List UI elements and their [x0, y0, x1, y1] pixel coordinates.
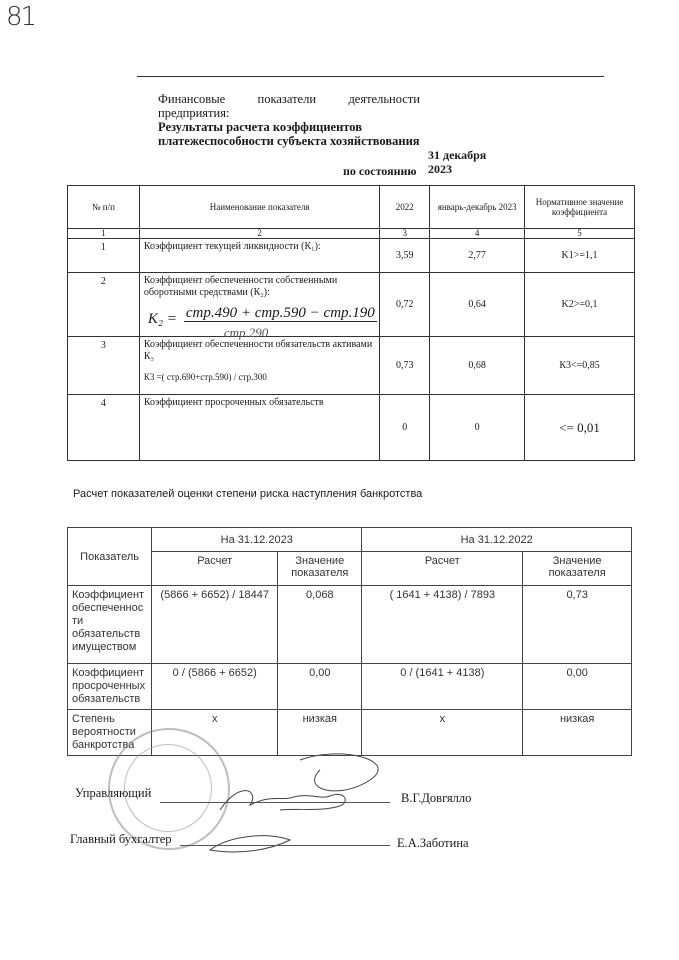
- indicator-name: Коэффициент текущей ликвидности (К₁):: [139, 239, 380, 273]
- col-header-value-2022: Значение показателя: [523, 552, 632, 586]
- col-header-indicator: Показатель: [68, 528, 152, 586]
- accountant-signature-line: [180, 845, 390, 846]
- norm-value: K2>=0,1: [525, 273, 635, 337]
- indicator-name: Коэффициент просроченных обязательств: [139, 395, 380, 461]
- row-number: 4: [68, 395, 140, 461]
- col-index: 5: [525, 229, 635, 239]
- indicator-cell: Коэффициент обеспеченности обязательств …: [139, 337, 380, 395]
- table-row: 3 Коэффициент обеспеченности обязательст…: [68, 337, 635, 395]
- column-index-row: 1 2 3 4 5: [68, 229, 635, 239]
- col-header-norm: Нормативное значение коэффициента: [525, 186, 635, 229]
- as-of-year: 2023: [428, 162, 486, 176]
- k2-formula: K₂ = стр.490 + стр.590 − стр.190 стр.290: [144, 309, 376, 331]
- header-line-1: Финансовые показатели деятельности: [158, 92, 420, 106]
- col-header-period-2022: На 31.12.2022: [362, 528, 632, 552]
- header-line-2: предприятия:: [158, 106, 420, 120]
- value-2022: 0,72: [380, 273, 430, 337]
- accountant-name: Е.А.Заботина: [397, 836, 469, 851]
- as-of-date: 31 декабря 2023: [428, 148, 486, 176]
- manager-signature-line: [160, 802, 390, 803]
- solvency-ratios-table: № п/п Наименование показателя 2022 январ…: [67, 185, 635, 461]
- section-title: Расчет показателей оценки степени риска …: [73, 488, 422, 500]
- value-2023: 0,64: [430, 273, 525, 337]
- as-of-label: по состоянию: [343, 164, 417, 179]
- header-word: Финансовые: [158, 92, 225, 106]
- col-index: 3: [380, 229, 430, 239]
- row-number: 1: [68, 239, 140, 273]
- table-row: 2 Коэффициент обеспеченности собственным…: [68, 273, 635, 337]
- value-2022: 0: [380, 395, 430, 461]
- norm-value: <= 0,01: [525, 395, 635, 461]
- indicator-label: Коэффициент просроченных обязательств: [68, 664, 152, 710]
- col-header-number: № п/п: [68, 186, 140, 229]
- col-header-name: Наименование показателя: [139, 186, 380, 229]
- header-word: деятельности: [348, 92, 420, 106]
- accountant-title: Главный бухгалтер: [70, 832, 172, 847]
- indicator-name: Коэффициент обеспеченности обязательств …: [144, 339, 376, 363]
- value-2023: 0: [430, 395, 525, 461]
- col-header-calc-2023: Расчет: [152, 552, 278, 586]
- formula-lhs: K₂ =: [148, 313, 177, 325]
- col-header-2023: январь-декабрь 2023: [430, 186, 525, 229]
- document-header: Финансовые показатели деятельности предп…: [158, 92, 420, 148]
- calc-2023: 0 / (5866 + 6652): [152, 664, 278, 710]
- norm-value: K1>=1,1: [525, 239, 635, 273]
- indicator-name: Коэффициент обеспеченности собственными …: [144, 275, 376, 299]
- signature-scribble: [180, 740, 420, 860]
- value-2022: 0,73: [380, 337, 430, 395]
- col-header-value-2023: Значение показателя: [278, 552, 362, 586]
- as-of-day-month: 31 декабря: [428, 148, 486, 162]
- value-2023: 2,77: [430, 239, 525, 273]
- calc-2022: 0 / (1641 + 4138): [362, 664, 523, 710]
- value-2022: 0,73: [523, 586, 632, 664]
- value-2022: 0,00: [523, 664, 632, 710]
- table-header-row: № п/п Наименование показателя 2022 январ…: [68, 186, 635, 229]
- value-2023: 0,068: [278, 586, 362, 664]
- table-row: 4 Коэффициент просроченных обязательств …: [68, 395, 635, 461]
- indicator-label: Коэффициент обеспеченнос ти обязательств…: [68, 586, 152, 664]
- bankruptcy-risk-table: Показатель На 31.12.2023 На 31.12.2022 Р…: [67, 527, 632, 756]
- col-header-period-2023: На 31.12.2023: [152, 528, 362, 552]
- indicator-cell: Коэффициент обеспеченности собственными …: [139, 273, 380, 337]
- calc-2022: ( 1641 + 4138) / 7893: [362, 586, 523, 664]
- table-row: Коэффициент обеспеченнос ти обязательств…: [68, 586, 632, 664]
- row-number: 3: [68, 337, 140, 395]
- table-row: Коэффициент просроченных обязательств 0 …: [68, 664, 632, 710]
- table-subheader-row: Расчет Значение показателя Расчет Значен…: [68, 552, 632, 586]
- formula-fraction: стр.490 + стр.590 − стр.190: [184, 307, 377, 319]
- value-2022: низкая: [523, 710, 632, 756]
- calc-2023: (5866 + 6652) / 18447: [152, 586, 278, 664]
- value-2023: 0,00: [278, 664, 362, 710]
- col-header-calc-2022: Расчет: [362, 552, 523, 586]
- header-line-3: Результаты расчета коэффициентов: [158, 120, 420, 134]
- table-row: 1 Коэффициент текущей ликвидности (К₁): …: [68, 239, 635, 273]
- formula-denominator: стр.290: [224, 327, 268, 339]
- formula-numerator: стр.490 + стр.590 − стр.190: [184, 305, 377, 322]
- col-index: 2: [139, 229, 380, 239]
- manager-title: Управляющий: [75, 786, 151, 801]
- manager-name: В.Г.Довгялло: [401, 791, 471, 806]
- header-line-4: платежеспособности субъекта хозяйствован…: [158, 134, 420, 148]
- table-header-row: Показатель На 31.12.2023 На 31.12.2022: [68, 528, 632, 552]
- row-number: 2: [68, 273, 140, 337]
- col-index: 1: [68, 229, 140, 239]
- value-2023: 0,68: [430, 337, 525, 395]
- page-number: 81: [6, 2, 35, 32]
- col-header-2022: 2022: [380, 186, 430, 229]
- norm-value: К3<=0,85: [525, 337, 635, 395]
- value-2022: 3,59: [380, 239, 430, 273]
- col-index: 4: [430, 229, 525, 239]
- k3-formula: К3 =( стр.690+стр.590) / стр.300: [144, 371, 376, 383]
- top-divider: [137, 76, 604, 77]
- header-word: показатели: [258, 92, 316, 106]
